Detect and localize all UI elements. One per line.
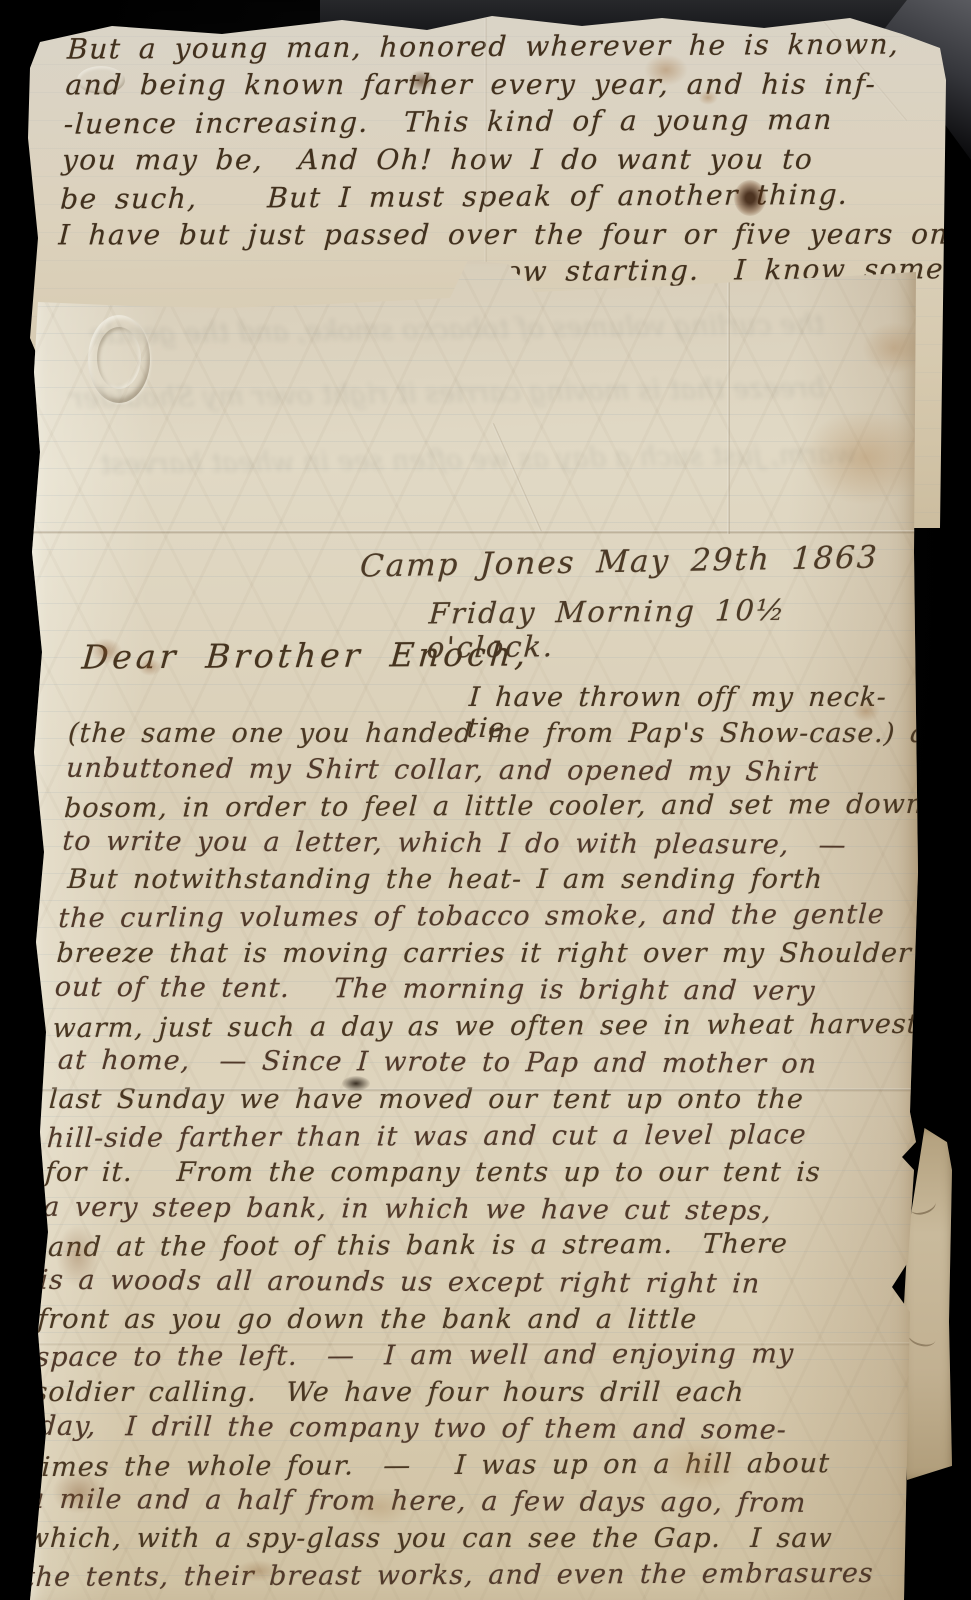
- handwriting-line: But a young man, honored wherever he is …: [66, 25, 938, 68]
- handwriting-line: you may be, And Oh! how I do want you to: [61, 140, 933, 178]
- letter-photo: But a young man, honored wherever he is …: [0, 0, 971, 1600]
- ink-bleed-line: the curling volumes of tobacco smoke, an…: [90, 309, 825, 350]
- handwriting-line: (the same one you handed me from Pap's S…: [67, 716, 915, 753]
- fold-crease: [30, 530, 918, 534]
- handwriting-line: front as you go down the bank and a litt…: [36, 1302, 884, 1339]
- ink-bleed-line: breeze that is moving carries it right o…: [70, 373, 826, 415]
- handwriting-line: bosom, in order to feel a little cooler,…: [63, 787, 911, 828]
- letter-salutation: Dear Brother Enoch,: [80, 634, 531, 676]
- handwriting-line: -luence increasing. This kind of a young…: [63, 100, 935, 143]
- handwriting-line: at home, — Since I wrote to Pap and moth…: [57, 1043, 898, 1084]
- handwriting-line: hill-side farther than it was and cut a …: [46, 1116, 894, 1157]
- crease-line: [492, 423, 542, 532]
- handwriting-line: But notwithstanding the heat- I am sendi…: [66, 862, 907, 899]
- embossed-eagle-seal-icon: [88, 315, 150, 403]
- handwriting-line: last Sunday we have moved our tent up on…: [48, 1082, 896, 1119]
- handwriting-line: times the whole four. — I was up on a hi…: [29, 1446, 877, 1487]
- letter-page-main: the curling volumes of tobacco smoke, an…: [30, 252, 918, 1600]
- handwriting-line: out of the tent. The morning is bright a…: [54, 970, 902, 1011]
- handwriting-line: and being known farther every year, and …: [65, 65, 937, 103]
- handwriting-line: breeze that is moving carries it right o…: [56, 936, 904, 973]
- letter-body: (the same one you handed me from Pap's S…: [23, 716, 915, 1594]
- handwriting-line: day, I drill the company two of them and…: [38, 1409, 879, 1450]
- handwriting-line: I have but just passed over the four or …: [58, 215, 930, 253]
- handwriting-line: the tents, their breast works, and even …: [23, 1556, 871, 1597]
- handwriting-line: which, with a spy-glass you can see the …: [25, 1521, 873, 1558]
- handwriting-line: unbuttoned my Shirt collar, and opened m…: [65, 750, 913, 791]
- handwriting-line: space to the left. — I am well and enjoy…: [34, 1336, 882, 1377]
- handwriting-line: and at the foot of this bank is a stream…: [47, 1226, 888, 1267]
- handwriting-line: is a woods all arounds us except right r…: [38, 1263, 886, 1304]
- handwriting-line: a very steep bank, in which we have cut …: [42, 1190, 890, 1231]
- handwriting-line: to write you a letter, which I do with p…: [61, 824, 909, 865]
- page1-text: But a young man, honored wherever he is …: [56, 25, 938, 293]
- handwriting-line: soldier calling. We have four hours dril…: [33, 1375, 881, 1412]
- handwriting-line: warm, just such a day as we often see in…: [52, 1007, 900, 1048]
- handwriting-line: the curling volumes of tobacco smoke, an…: [57, 897, 905, 938]
- ink-bleed-line: warm, just such a day as we often see in…: [100, 439, 857, 481]
- handwriting-line: be such, But I must speak of another thi…: [59, 175, 931, 218]
- handwriting-line: a mile and a half from here, a few days …: [27, 1482, 875, 1523]
- handwriting-line: for it. From the company tents up to our…: [44, 1155, 892, 1192]
- letter-dateline: Camp Jones May 29th 1863: [359, 539, 879, 584]
